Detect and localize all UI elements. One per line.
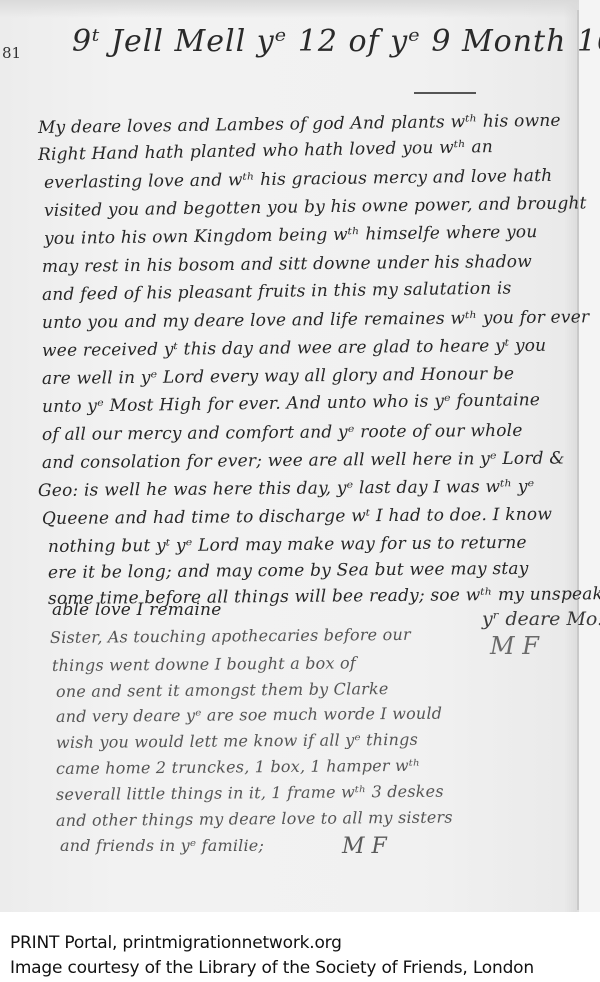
letter-line: unto you and my deare love and life rema… (42, 307, 589, 333)
letter-line: are well in yᵉ Lord every way all glory … (42, 364, 514, 389)
postscript-line: one and sent it amongst them by Clarke (56, 679, 389, 701)
letter-line: visited you and begotten you by his owne… (44, 193, 587, 221)
postscript-line: and very deare yᵉ are soe much worde I w… (56, 704, 442, 726)
postscript-line: things went downe I bought a box of (52, 653, 356, 675)
caption-credit: Image courtesy of the Library of the Soc… (10, 958, 534, 978)
postscript-line: came home 2 trunckes, 1 box, 1 hamper wᵗ… (56, 756, 420, 778)
letter-line: everlasting love and wᵗʰ his gracious me… (44, 166, 553, 193)
letter-line: able love I remaine (52, 600, 221, 620)
postscript-initials: M F (342, 834, 387, 859)
letter-line: unto yᵉ Most High for ever. And unto who… (42, 390, 540, 417)
letter-line: may rest in his bosom and sitt downe und… (42, 252, 532, 277)
letter-line: and consolation for ever; wee are all we… (42, 448, 565, 473)
folio-number: 81 (2, 44, 21, 62)
postscript-line: and other things my deare love to all my… (56, 808, 453, 830)
letter-line: and feed of his pleasant fruits in this … (42, 278, 512, 305)
manuscript-scan: 81 9ᵗ Jell Mell yᵉ 12 of yᵉ 9 Month 1660… (0, 0, 600, 912)
caption-source: PRINT Portal, printmigrationnetwork.org (10, 933, 342, 953)
letter-line: wee received yᵗ this day and wee are gla… (42, 336, 546, 361)
postscript-line: Sister, As touching apothecaries before … (50, 625, 411, 647)
postscript-line: and friends in yᵉ familie; (60, 836, 264, 855)
page-shadow (0, 0, 600, 18)
postscript-line: wish you would lett me know if all yᵉ th… (56, 730, 418, 752)
letter-line: of all our mercy and comfort and yᵉ root… (42, 421, 523, 445)
letter-line: Geo: is well he was here this day, yᵉ la… (38, 477, 535, 501)
letter-line: My deare loves and Lambes of god And pla… (38, 111, 561, 138)
page-edge (577, 10, 579, 910)
signoff-closing: yʳ deare Mo: (482, 608, 600, 630)
page-margin-strip (579, 0, 600, 912)
postscript-line: severall little things in it, 1 frame wᵗ… (56, 782, 444, 804)
heading-underline (414, 92, 476, 94)
letter-heading: 9ᵗ Jell Mell yᵉ 12 of yᵉ 9 Month 1660 (72, 24, 600, 59)
letter-line: you into his own Kingdom being wᵗʰ himse… (44, 222, 538, 249)
letter-line: Right Hand hath planted who hath loved y… (38, 137, 493, 165)
letter-line: Queene and had time to discharge wᵗ I ha… (42, 505, 552, 529)
letter-line: ere it be long; and may come by Sea but … (48, 559, 529, 583)
signoff-initials: M F (490, 632, 539, 660)
letter-line: nothing but yᵗ yᵉ Lord may make way for … (48, 533, 527, 557)
